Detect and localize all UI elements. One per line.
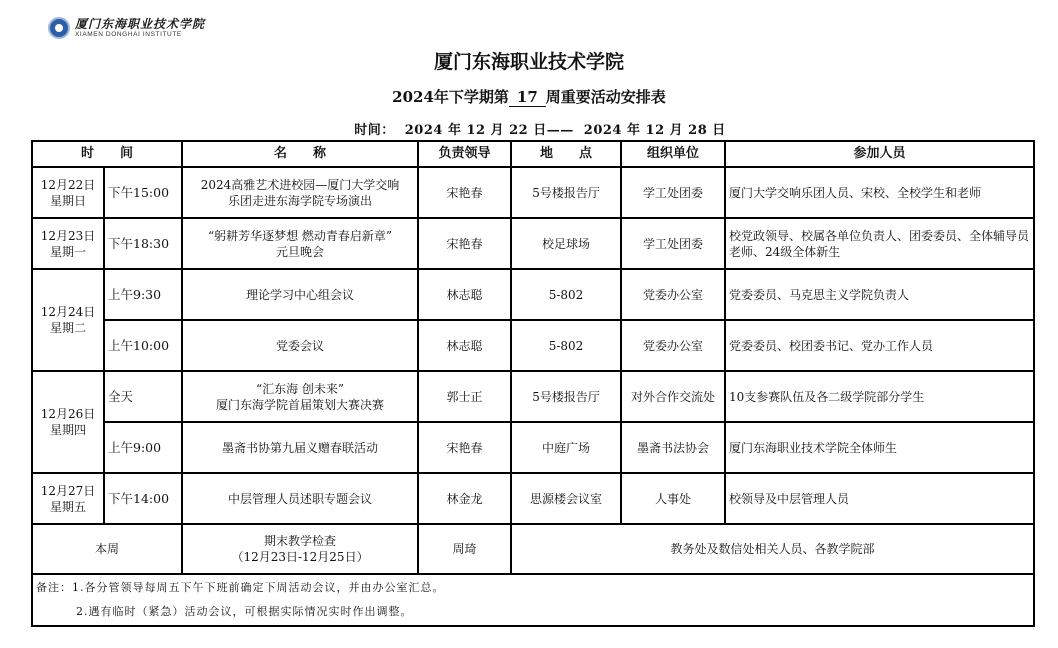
- event-name-line: 乐团走进东海学院专场演出: [185, 193, 415, 209]
- leader-cell: 郭士正: [418, 371, 511, 422]
- time-cell: 全天: [104, 371, 182, 422]
- participants-cell: 校领导及中层管理人员: [725, 473, 1034, 524]
- participants-cell: 厦门东海职业技术学院全体师生: [725, 422, 1034, 473]
- note-line-1: 备注：1.各分管领导每周五下午下班前确定下周活动会议，并由办公室汇总。: [36, 576, 1033, 600]
- organizer-cell: 对外合作交流处: [621, 371, 725, 422]
- leader-cell: 宋艳春: [418, 218, 511, 269]
- leader-cell: 林志聪: [418, 269, 511, 320]
- column-header-organizer: 组织单位: [621, 141, 725, 167]
- organizer-cell: 党委办公室: [621, 320, 725, 371]
- table-row: 12月24日星期二 上午9:30 理论学习中心组会议 林志聪 5-802 党委办…: [32, 269, 1034, 320]
- weekday-text: 星期二: [35, 320, 101, 336]
- event-name-line: 期末教学检查: [185, 533, 415, 549]
- week-label-cell: 本周: [32, 524, 182, 574]
- weekday-text: 星期五: [35, 499, 101, 515]
- date-cell: 12月23日星期一: [32, 218, 104, 269]
- note-line-2: 2.遇有临时（紧急）活动会议，可根据实际情况实时作出调整。: [36, 600, 1033, 624]
- column-header-location: 地 点: [511, 141, 621, 167]
- table-row: 12月22日星期日 下午15:00 2024高雅艺术进校园—厦门大学交响乐团走进…: [32, 167, 1034, 218]
- date-text: 12月24日: [35, 304, 101, 320]
- organizer-cell: 党委办公室: [621, 269, 725, 320]
- time-cell: 下午18:30: [104, 218, 182, 269]
- table-row: 上午10:00 党委会议 林志聪 5-802 党委办公室 党委委员、校团委书记、…: [32, 320, 1034, 371]
- event-name-line: 元旦晚会: [185, 244, 415, 260]
- date-cell: 12月26日星期四: [32, 371, 104, 473]
- time-cell: 下午15:00: [104, 167, 182, 218]
- date-text: 12月22日: [35, 177, 101, 193]
- participants-cell: 10支参赛队伍及各二级学院部分学生: [725, 371, 1034, 422]
- weekday-text: 星期一: [35, 244, 101, 260]
- participants-cell: 党委委员、马克思主义学院负责人: [725, 269, 1034, 320]
- location-cell: 5-802: [511, 320, 621, 371]
- time-cell: 上午9:00: [104, 422, 182, 473]
- leader-cell: 宋艳春: [418, 422, 511, 473]
- event-name-cell: 期末教学检查（12月23日-12月25日）: [182, 524, 418, 574]
- location-cell: 思源楼会议室: [511, 473, 621, 524]
- location-cell: 校足球场: [511, 218, 621, 269]
- table-header-row: 时 间 名 称 负责领导 地 点 组织单位 参加人员: [32, 141, 1034, 167]
- week-number: 17: [509, 89, 546, 107]
- column-header-time: 时 间: [32, 141, 182, 167]
- notes-cell: 备注：1.各分管领导每周五下午下班前确定下周活动会议，并由办公室汇总。 2.遇有…: [32, 574, 1034, 626]
- column-header-participants: 参加人员: [725, 141, 1034, 167]
- time-cell: 上午9:30: [104, 269, 182, 320]
- leader-cell: 周琦: [418, 524, 511, 574]
- participants-cell: 校党政领导、校属各单位负责人、团委委员、全体辅导员老师、24级全体新生: [725, 218, 1034, 269]
- school-logo: 厦门东海职业技术学院 XIAMEN DONGHAI INSTITUTE: [48, 17, 205, 39]
- participants-cell: 厦门大学交响乐团人员、宋校、全校学生和老师: [725, 167, 1034, 218]
- event-name-line: 2024高雅艺术进校园—厦门大学交响: [185, 177, 415, 193]
- column-header-leader: 负责领导: [418, 141, 511, 167]
- event-name-line: 理论学习中心组会议: [185, 287, 415, 303]
- date-cell: 12月27日星期五: [32, 473, 104, 524]
- location-cell: 5-802: [511, 269, 621, 320]
- time-cell: 下午14:00: [104, 473, 182, 524]
- table-row: 12月23日星期一 下午18:30 “躬耕芳华逐梦想 燃动青春启新章”元旦晚会 …: [32, 218, 1034, 269]
- subtitle-prefix: 2024年下学期第: [392, 88, 509, 106]
- participants-cell: 党委委员、校团委书记、党办工作人员: [725, 320, 1034, 371]
- weekday-text: 星期四: [35, 422, 101, 438]
- leader-cell: 林金龙: [418, 473, 511, 524]
- event-name-line: 墨斋书协第九届义赠春联活动: [185, 440, 415, 456]
- organizer-cell: 墨斋书法协会: [621, 422, 725, 473]
- event-name-line: “躬耕芳华逐梦想 燃动青春启新章”: [185, 228, 415, 244]
- logo-english-name: XIAMEN DONGHAI INSTITUTE: [75, 31, 205, 39]
- location-cell: 5号楼报告厅: [511, 371, 621, 422]
- event-name-line: 厦门东海学院首届策划大赛决赛: [185, 397, 415, 413]
- event-name-cell: 2024高雅艺术进校园—厦门大学交响乐团走进东海学院专场演出: [182, 167, 418, 218]
- event-name-line: 中层管理人员述职专题会议: [185, 491, 415, 507]
- weekday-text: 星期日: [35, 193, 101, 209]
- subtitle-suffix: 周重要活动安排表: [546, 88, 666, 106]
- leader-cell: 林志聪: [418, 320, 511, 371]
- week-row: 本周 期末教学检查（12月23日-12月25日） 周琦 教务处及数信处相关人员、…: [32, 524, 1034, 574]
- location-cell: 中庭广场: [511, 422, 621, 473]
- event-name-cell: 党委会议: [182, 320, 418, 371]
- document-subtitle: 2024年下学期第17周重要活动安排表: [0, 86, 1058, 107]
- event-name-line: （12月23日-12月25日）: [185, 549, 415, 565]
- location-cell: 5号楼报告厅: [511, 167, 621, 218]
- event-name-line: 党委会议: [185, 338, 415, 354]
- date-text: 12月27日: [35, 483, 101, 499]
- schedule-table: 时 间 名 称 负责领导 地 点 组织单位 参加人员 12月22日星期日 下午1…: [31, 140, 1035, 627]
- event-name-cell: 中层管理人员述职专题会议: [182, 473, 418, 524]
- event-name-cell: 理论学习中心组会议: [182, 269, 418, 320]
- organizer-cell: 人事处: [621, 473, 725, 524]
- table-row: 12月27日星期五 下午14:00 中层管理人员述职专题会议 林金龙 思源楼会议…: [32, 473, 1034, 524]
- logo-chinese-name: 厦门东海职业技术学院: [75, 18, 205, 31]
- event-name-cell: “躬耕芳华逐梦想 燃动青春启新章”元旦晚会: [182, 218, 418, 269]
- date-text: 12月23日: [35, 228, 101, 244]
- date-cell: 12月24日星期二: [32, 269, 104, 371]
- column-header-name: 名 称: [182, 141, 418, 167]
- leader-cell: 宋艳春: [418, 167, 511, 218]
- event-name-cell: 墨斋书协第九届义赠春联活动: [182, 422, 418, 473]
- event-name-line: “汇东海 创未来”: [185, 381, 415, 397]
- date-range: 时间： 2024 年 12 月 22 日—— 2024 年 12 月 28 日: [0, 119, 1058, 138]
- school-emblem-icon: [48, 17, 70, 39]
- organizer-cell: 学工处团委: [621, 167, 725, 218]
- date-text: 12月26日: [35, 406, 101, 422]
- notes-row: 备注：1.各分管领导每周五下午下班前确定下周活动会议，并由办公室汇总。 2.遇有…: [32, 574, 1034, 626]
- table-row: 12月26日星期四 全天 “汇东海 创未来”厦门东海学院首届策划大赛决赛 郭士正…: [32, 371, 1034, 422]
- event-name-cell: “汇东海 创未来”厦门东海学院首届策划大赛决赛: [182, 371, 418, 422]
- organizer-cell: 学工处团委: [621, 218, 725, 269]
- table-row: 上午9:00 墨斋书协第九届义赠春联活动 宋艳春 中庭广场 墨斋书法协会 厦门东…: [32, 422, 1034, 473]
- document-title: 厦门东海职业技术学院: [0, 47, 1058, 74]
- time-cell: 上午10:00: [104, 320, 182, 371]
- participants-cell: 教务处及数信处相关人员、各教学院部: [511, 524, 1034, 574]
- date-cell: 12月22日星期日: [32, 167, 104, 218]
